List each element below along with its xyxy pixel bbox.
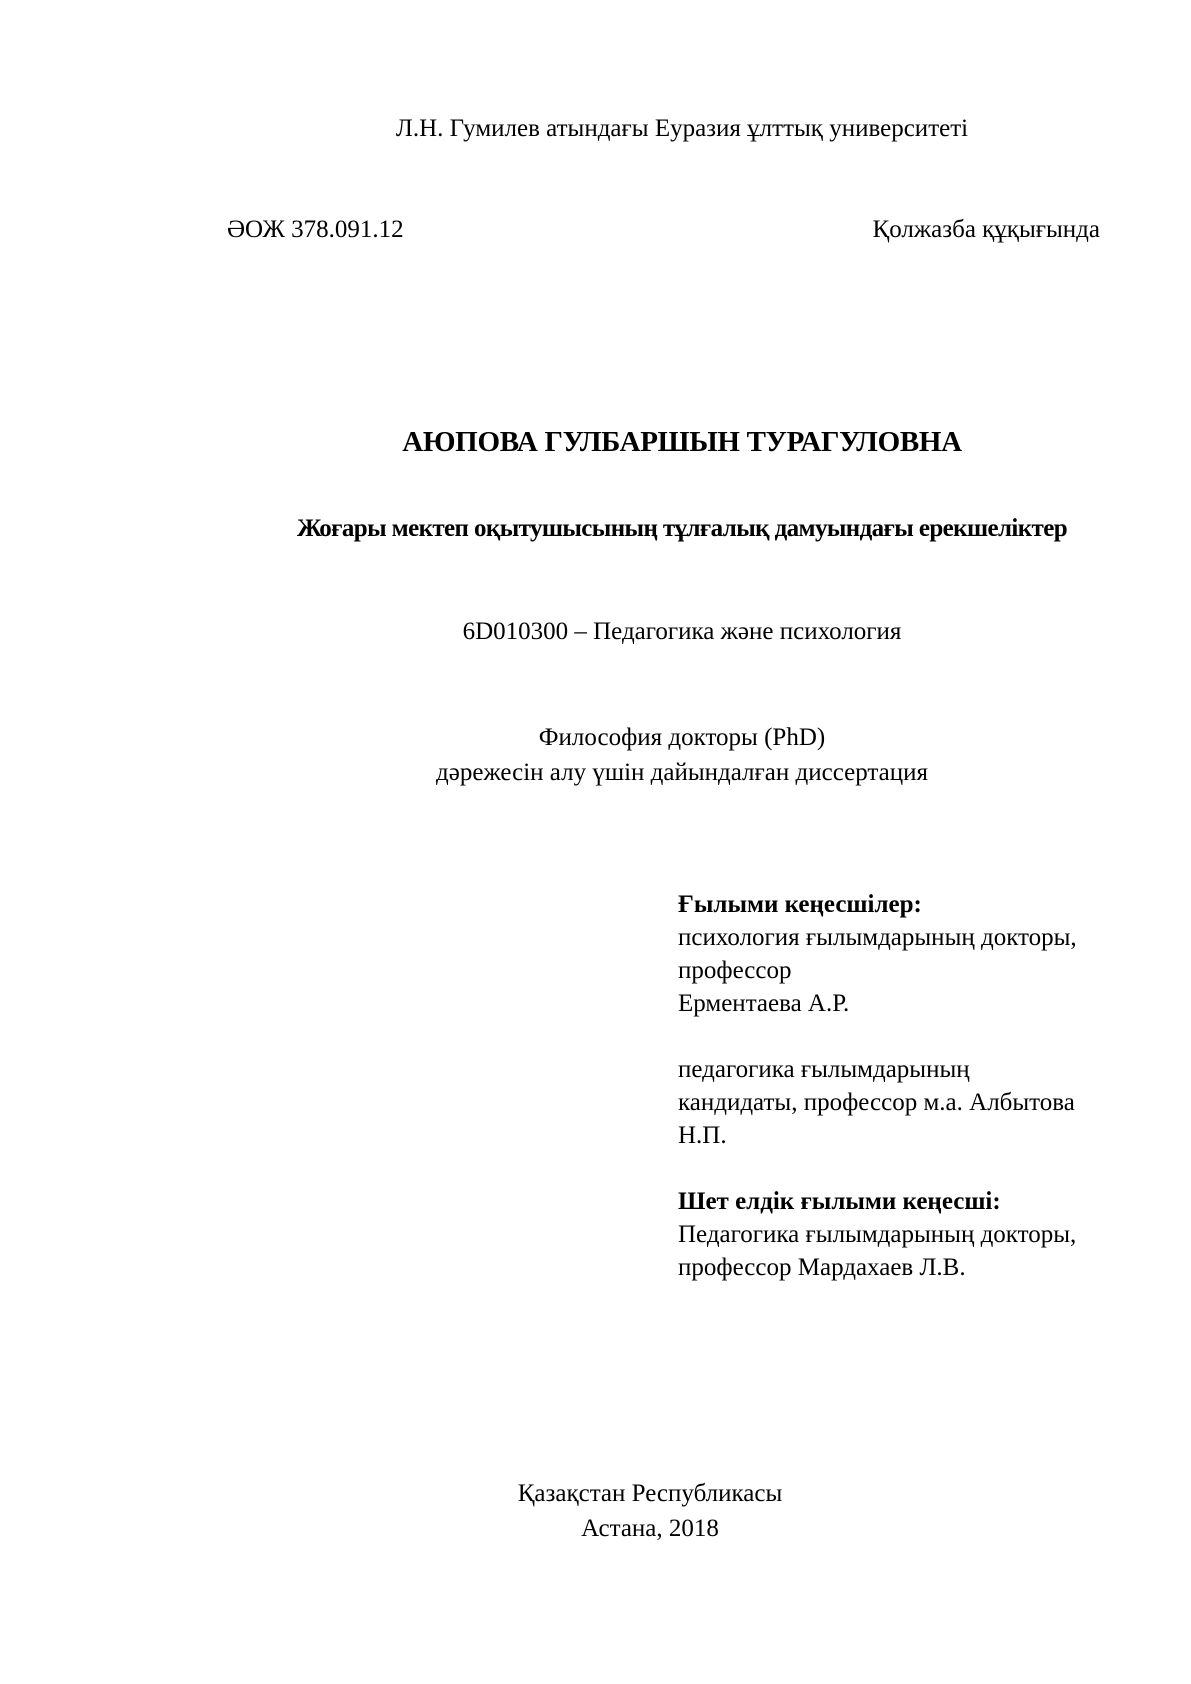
manuscript-rights: Қолжазба құқығында: [873, 217, 1100, 242]
advisor-2-line-2: кандидаты, профессор м.а. Албытова: [678, 1086, 1077, 1119]
foreign-advisor-line-1: Педагогика ғылымдарының докторы,: [678, 1218, 1077, 1251]
advisor-2-initials: Н.П.: [678, 1119, 1077, 1152]
footer: Қазақстан Республикасы Астана, 2018: [400, 1476, 900, 1546]
scientific-advisors-heading: Ғылыми кеңесшілер:: [678, 888, 1077, 921]
advisor-1-name: Ерментаева А.Р.: [678, 987, 1077, 1020]
dissertation-topic: Жоғары мектеп оқытушысының тұлғалық даму…: [227, 516, 1137, 541]
advisor-1-line-2: профессор: [678, 954, 1077, 987]
university-name: Л.Н. Гумилев атындағы Еуразия ұлттық уни…: [227, 116, 1137, 141]
spacer: [678, 1152, 1077, 1185]
footer-city-year: Астана, 2018: [400, 1511, 900, 1546]
footer-country: Қазақстан Республикасы: [400, 1476, 900, 1511]
udc-code: ӘОЖ 378.091.12: [227, 217, 404, 242]
author-name: АЮПОВА ГУЛБАРШЫН ТУРАГУЛОВНА: [227, 428, 1137, 457]
degree-statement: Философия докторы (PhD) дәрежесін алу үш…: [227, 720, 1137, 790]
foreign-advisor-heading: Шет елдік ғылыми кеңесші:: [678, 1185, 1077, 1218]
foreign-advisor-name: профессор Мардахаев Л.В.: [678, 1251, 1077, 1284]
advisors-block: Ғылыми кеңесшілер: психология ғылымдарын…: [678, 888, 1077, 1284]
advisor-1-line-1: психология ғылымдарының докторы,: [678, 921, 1077, 954]
degree-line-1: Философия докторы (PhD): [227, 720, 1137, 755]
degree-line-2: дәрежесін алу үшін дайындалған диссертац…: [227, 755, 1137, 790]
specialty-code: 6D010300 – Педагогика және психология: [227, 619, 1137, 644]
advisor-2-line-1: педагогика ғылымдарының: [678, 1053, 1077, 1086]
spacer: [678, 1020, 1077, 1053]
